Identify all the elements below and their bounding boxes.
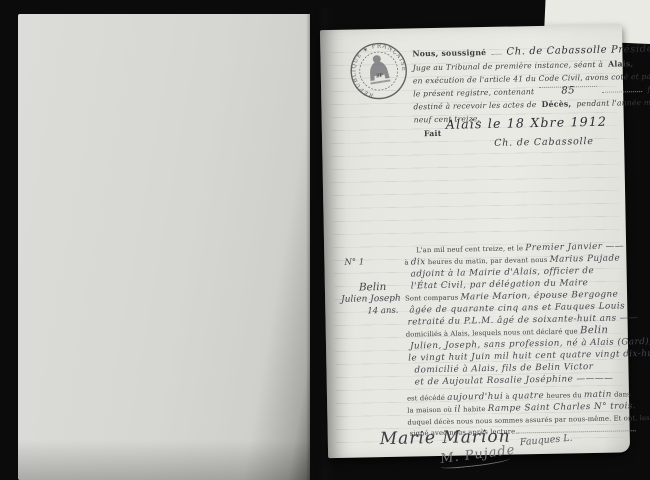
cert-fait-line: Fait [424, 121, 442, 140]
left-page-shadow [18, 440, 310, 480]
judge-signature-line: Ch. de Cabassolle [494, 129, 594, 150]
left-page-blank [18, 14, 310, 480]
register-scan-photo: RÉPUBLIQUE ★ FRANÇAISE 2F Nous, soussign… [0, 0, 650, 480]
right-page: RÉPUBLIQUE ★ FRANÇAISE 2F Nous, soussign… [320, 24, 630, 458]
fait-label: Fait [424, 129, 442, 138]
stamp-value: 2F [376, 72, 384, 79]
judge-signature: Ch. de Cabassolle [494, 136, 594, 149]
margin-name-1: Belin [359, 281, 387, 294]
act-number: N° 1 [344, 257, 364, 267]
cert-deces-word: Décès, [542, 99, 572, 109]
dotted-fill [517, 423, 635, 433]
feuilles-count-hand: 85 [539, 78, 597, 88]
cert-annee-text: pendant l'année mil [576, 98, 650, 109]
margin-age: 14 ans. [367, 306, 398, 317]
margin-name-2: Julien Joseph [341, 294, 401, 305]
republique-francaise-stamp-icon: RÉPUBLIQUE ★ FRANÇAISE 2F [344, 37, 413, 106]
